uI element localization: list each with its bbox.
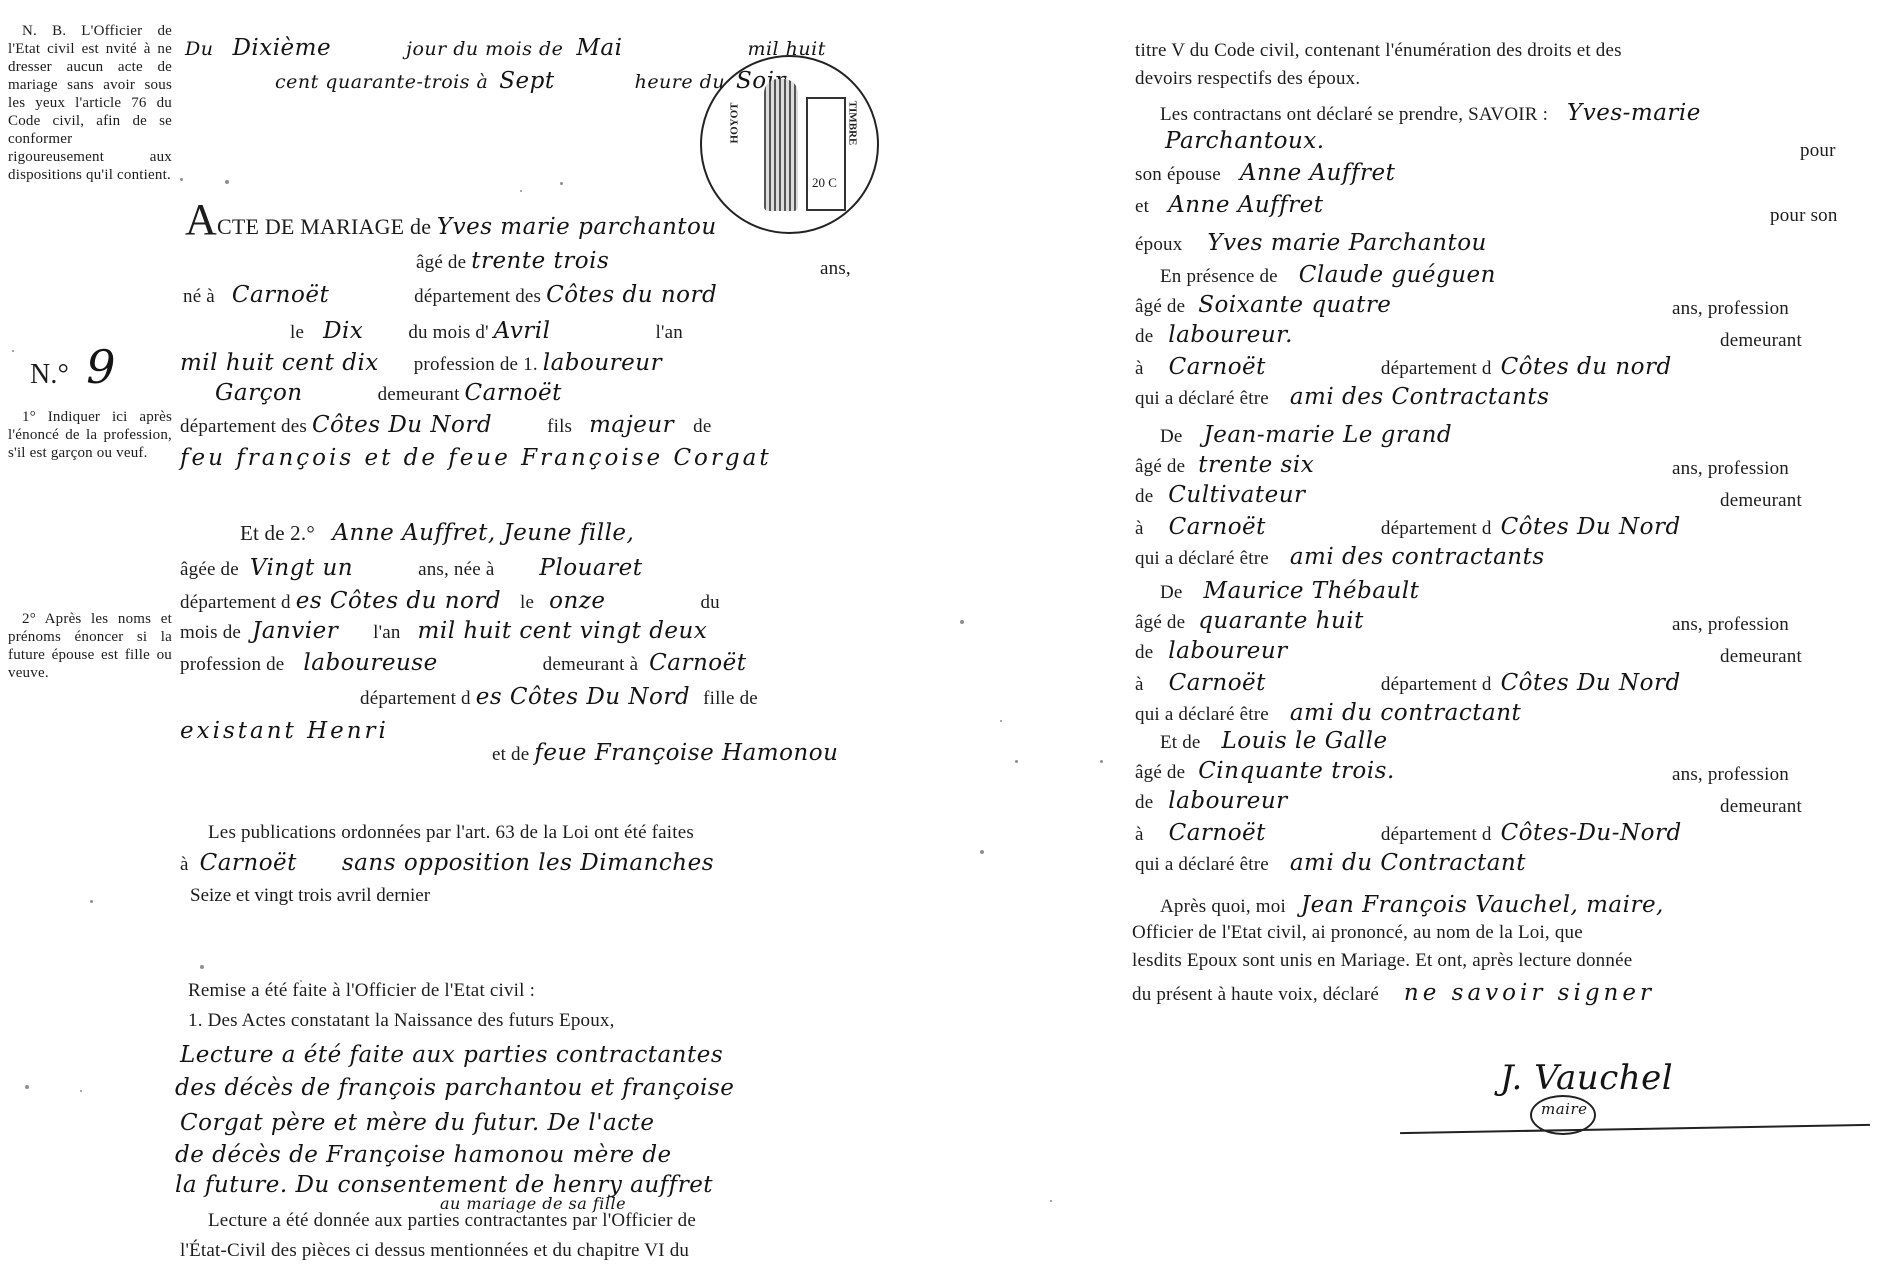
witness-dept-handwritten: Côtes Du Nord <box>1501 670 1681 696</box>
bride-name-line: Et de 2.° Anne Auffret, Jeune fille, <box>240 520 634 546</box>
groom-age-line: âgé de trente trois <box>416 248 609 274</box>
bride-dept-label: département d <box>180 592 291 613</box>
publications-detail-1: sans opposition les Dimanches <box>342 850 714 876</box>
a-label: à <box>1135 674 1144 695</box>
groom-residence-line: Garçon demeurant Carnoët <box>215 380 562 406</box>
remise-handwritten-2: des décès de françois parchantou et fran… <box>175 1075 734 1101</box>
margin-note-nb: N. B. L'Officier de l'Etat civil est nvi… <box>8 22 172 184</box>
bride-mother-handwritten: feue Françoise Hamonou <box>534 740 838 766</box>
demeurant-label: demeurant <box>1720 646 1802 668</box>
heure-label: heure du <box>635 71 725 93</box>
bride-dept2-handwritten: es Côtes Du Nord <box>476 684 690 710</box>
witness-profession-handwritten: laboureur <box>1168 788 1287 814</box>
et-de-label: et de <box>492 744 529 765</box>
le-label: le <box>290 322 304 343</box>
witness-relation-handwritten: ami du contractant <box>1290 700 1521 726</box>
witness-name-handwritten: Louis le Galle <box>1222 728 1388 754</box>
witness-age-handwritten: Cinquante trois. <box>1198 758 1395 784</box>
witness-profession-line: de Cultivateur <box>1135 482 1306 508</box>
publications-text: Les publications ordonnées par l'art. 63… <box>208 822 694 844</box>
a-label: à <box>1135 518 1144 539</box>
act-title: ACTE DE MARIAGE de Yves marie parchantou <box>185 200 717 240</box>
groom-profession-handwritten: laboureur <box>543 350 662 376</box>
speck <box>25 1085 29 1089</box>
speck <box>12 350 14 352</box>
apres-quoi-label: Après quoi, moi <box>1160 896 1286 917</box>
bride-birthday-handwritten: onze <box>549 588 605 614</box>
continuation-line-1: titre V du Code civil, contenant l'énumé… <box>1135 40 1622 62</box>
witness-residence-handwritten: Carnoët <box>1169 514 1266 540</box>
title-de: de <box>410 214 431 239</box>
year-label: cent quarante-trois à <box>275 71 488 93</box>
remise-handwritten-3: Corgat père et mère du futur. De l'acte <box>180 1110 655 1136</box>
margin-note-1: 1° Indiquer ici après l'énoncé de la pro… <box>8 408 172 462</box>
groom-birthplace-line: né à Carnoët département des Côtes du no… <box>183 282 717 308</box>
bride-du-label: du <box>700 592 719 613</box>
closing-line-3: du présent à haute voix, déclaré ne savo… <box>1132 980 1655 1006</box>
witness-residence-line: à Carnoët département d Côtes Du Nord <box>1135 670 1681 696</box>
witness-name-line: De Jean-marie Le grand <box>1160 422 1452 448</box>
witness-dept-handwritten: Côtes du nord <box>1501 354 1672 380</box>
du-mois-label: du mois d' <box>408 322 488 343</box>
bride-age-label: âgée de <box>180 559 239 580</box>
closing-line-2: lesdits Epoux sont unis en Mariage. Et o… <box>1132 950 1632 972</box>
de-label: de <box>1135 326 1153 347</box>
witness-profession-handwritten: laboureur. <box>1168 322 1293 348</box>
fille-de-label: fille de <box>703 688 758 709</box>
lecture-line-1: Lecture a été donnée aux parties contrac… <box>208 1210 696 1232</box>
bride-profession-label: profession de <box>180 654 284 675</box>
witness-residence-handwritten: Carnoët <box>1169 354 1266 380</box>
pour-label: pour <box>1800 140 1836 162</box>
demeurant-label: demeurant <box>1720 330 1802 352</box>
speck <box>300 980 302 982</box>
dept-label: département des <box>414 286 541 307</box>
et-line: et Anne Auffret <box>1135 192 1324 218</box>
bride-dept2-line: département d es Côtes Du Nord fille de <box>360 684 758 710</box>
et-label: et <box>1135 196 1149 217</box>
title-text: CTE DE MARIAGE <box>217 214 404 239</box>
bride-name-handwritten-1: Anne Auffret <box>1240 160 1395 186</box>
signature-underline <box>1400 1124 1870 1134</box>
age-label: âgé de <box>1135 296 1185 317</box>
bride-mother-line: et de feue Françoise Hamonou <box>492 740 838 766</box>
groom-birthdate-line: le Dix du mois d' Avril l'an <box>290 318 683 344</box>
speck <box>200 965 204 969</box>
declare-label: qui a déclaré être <box>1135 548 1269 569</box>
speck <box>1015 760 1018 763</box>
groom-firstname-handwritten: Yves-marie <box>1567 100 1701 126</box>
witness-relation-handwritten: ami des Contractants <box>1290 384 1550 410</box>
closing-line-1: Officier de l'Etat civil, ai prononcé, a… <box>1132 922 1583 944</box>
bride-dept2-label: département d <box>360 688 471 709</box>
witness-relation-handwritten: ami du Contractant <box>1290 850 1526 876</box>
witness-age-line: âgé de quarante huit <box>1135 608 1364 634</box>
groom-birthplace-handwritten: Carnoët <box>232 282 329 308</box>
remise-handwritten-1: Lecture a été faite aux parties contract… <box>180 1042 723 1068</box>
bride-birthmonth-line: mois de Janvier l'an mil huit cent vingt… <box>180 618 707 644</box>
witness-intro: En présence de <box>1160 266 1278 287</box>
witness-profession-line: de laboureur <box>1135 638 1288 664</box>
bride-name-handwritten: Anne Auffret, Jeune fille, <box>332 520 634 546</box>
remise-line-1: Remise a été faite à l'Officier de l'Eta… <box>188 980 535 1002</box>
stamp-value: 20 C <box>812 175 837 191</box>
du-label: Du <box>185 38 213 60</box>
fils-handwritten: majeur <box>589 412 674 438</box>
continuation-line-2: devoirs respectifs des époux. <box>1135 68 1360 90</box>
groom-dept2-handwritten: Côtes Du Nord <box>312 412 492 438</box>
witness-dept-handwritten: Côtes Du Nord <box>1501 514 1681 540</box>
profession-label: profession de 1. <box>414 354 538 375</box>
bride-mois-label: mois de <box>180 622 241 643</box>
bride-profession-line: profession de laboureuse demeurant à Car… <box>180 650 747 676</box>
witness-relation-handwritten: ami des contractants <box>1290 544 1545 570</box>
witness-name-line: De Maurice Thébault <box>1160 578 1419 604</box>
bride-age-handwritten: Vingt un <box>250 555 353 581</box>
margin-note-2: 2° Après les noms et prénoms énoncer si … <box>8 610 172 682</box>
header-line-1: Du Dixième jour du mois de Mai mil huit <box>185 35 826 61</box>
groom-dept2-line: département des Côtes Du Nord fils majeu… <box>180 412 711 438</box>
month-handwritten: Mai <box>576 35 622 61</box>
act-number-label: N.° <box>30 359 69 390</box>
stamp-right-text: TIMBRE <box>846 101 858 146</box>
bride-residence-handwritten: Carnoët <box>649 650 746 676</box>
bride-age-line: âgée de Vingt un ans, née à Plouaret <box>180 555 642 581</box>
de-label: de <box>1135 486 1153 507</box>
witness-residence-handwritten: Carnoët <box>1169 670 1266 696</box>
witness-residence-line: à Carnoët département d Côtes Du Nord <box>1135 514 1681 540</box>
ans-profession-label: ans, profession <box>1672 458 1789 480</box>
speck <box>225 180 229 184</box>
stamp-figure-icon <box>764 79 798 211</box>
publications-detail-2: Seize et vingt trois avril dernier <box>190 885 430 907</box>
groom-status-handwritten: Garçon <box>215 380 303 406</box>
witness-residence-line: à Carnoët département d Côtes du nord <box>1135 354 1672 380</box>
residence-label: demeurant <box>378 384 460 405</box>
witness-age-handwritten: quarante huit <box>1198 608 1364 634</box>
publications-place-line: à Carnoët sans opposition les Dimanches <box>180 850 714 876</box>
bride-birthyear-handwritten: mil huit cent vingt deux <box>418 618 708 644</box>
ans-label: ans, <box>820 258 851 280</box>
act-number: N.° 9 <box>30 340 116 394</box>
groom-birthyear-handwritten: mil huit cent dix <box>180 350 379 376</box>
speck <box>520 190 522 192</box>
son-epouse-label: son épouse <box>1135 164 1221 185</box>
speck <box>960 620 964 624</box>
witness-profession-handwritten: Cultivateur <box>1168 482 1305 508</box>
witness-name-line: En présence de Claude guéguen <box>1160 262 1496 288</box>
bride-birthplace-handwritten: Plouaret <box>539 555 642 581</box>
mayor-name-handwritten: Jean François Vauchel, maire, <box>1301 892 1664 918</box>
apres-quoi-line: Après quoi, moi Jean François Vauchel, m… <box>1160 892 1664 918</box>
remise-handwritten-4: de décès de Françoise hamonou mère de <box>175 1142 672 1168</box>
tax-stamp: HOYOT TIMBRE 20 C <box>700 55 879 234</box>
de-label: de <box>1135 792 1153 813</box>
bride-dept-handwritten: es Côtes du nord <box>296 588 501 614</box>
witness-name-line: Et de Louis le Galle <box>1160 728 1388 754</box>
age-label: âgé de <box>1135 762 1185 783</box>
witness-age-line: âgé de Soixante quatre <box>1135 292 1391 318</box>
ans-profession-label: ans, profession <box>1672 298 1789 320</box>
witness-profession-handwritten: laboureur <box>1168 638 1287 664</box>
witness-age-handwritten: trente six <box>1198 452 1314 478</box>
groom-name-handwritten: Yves marie parchantou <box>437 214 717 240</box>
speck <box>1100 760 1103 763</box>
witness-relation-line: qui a déclaré être ami du Contractant <box>1135 850 1526 876</box>
groom-dept-handwritten: Côtes du nord <box>546 282 717 308</box>
bride-father-handwritten: existant Henri <box>180 718 389 744</box>
groom-parents-line: feu françois et de feue Françoise Corgat <box>180 445 772 471</box>
speck <box>1050 1200 1052 1202</box>
mayor-signature: J. Vauchel <box>1500 1058 1673 1098</box>
de-label: de <box>693 416 711 437</box>
witness-name-handwritten: Claude guéguen <box>1299 262 1496 288</box>
lecture-line-2: l'État-Civil des pièces ci dessus mentio… <box>180 1240 689 1262</box>
age-label: âgé de <box>416 252 466 273</box>
declaration-handwritten: ne savoir signer <box>1404 980 1655 1006</box>
speck <box>560 182 563 185</box>
bride-profession-handwritten: laboureuse <box>303 650 437 676</box>
stamp-left-text: HOYOT <box>728 103 740 144</box>
ans-profession-label: ans, profession <box>1672 764 1789 786</box>
witness-age-line: âgé de Cinquante trois. <box>1135 758 1395 784</box>
witness-relation-line: qui a déclaré être ami des contractants <box>1135 544 1545 570</box>
groom-profession-line: mil huit cent dix profession de 1. labou… <box>180 350 662 376</box>
contractants-label: Les contractans ont déclaré se prendre, … <box>1160 104 1548 125</box>
day-handwritten: Dixième <box>232 35 331 61</box>
de-label: de <box>1135 642 1153 663</box>
ans-nee-label: ans, née à <box>418 559 494 580</box>
hour-handwritten: Sept <box>499 68 554 94</box>
publications-place-handwritten: Carnoët <box>200 850 297 876</box>
declare-label: qui a déclaré être <box>1135 388 1269 409</box>
declare-label: du présent à haute voix, déclaré <box>1132 984 1379 1005</box>
contractants-line: Les contractans ont déclaré se prendre, … <box>1160 100 1701 126</box>
groom-surname-handwritten: Parchantoux. <box>1165 128 1325 154</box>
witness-residence-line: à Carnoët département d Côtes-Du-Nord <box>1135 820 1682 846</box>
lan-label: l'an <box>655 322 682 343</box>
bride-name-handwritten-2: Anne Auffret <box>1168 192 1323 218</box>
departement-label: département d <box>1381 358 1492 379</box>
bride-lan-label: l'an <box>373 622 400 643</box>
demeurant-label: demeurant <box>1720 796 1802 818</box>
declare-label: qui a déclaré être <box>1135 854 1269 875</box>
witness-intro: De <box>1160 582 1183 603</box>
witness-age-handwritten: Soixante quatre <box>1198 292 1391 318</box>
epoux-label: époux <box>1135 234 1182 255</box>
witness-dept-handwritten: Côtes-Du-Nord <box>1501 820 1682 846</box>
groom-birthday-handwritten: Dix <box>323 318 363 344</box>
act-number-value: 9 <box>86 340 116 394</box>
departement-label: département d <box>1381 674 1492 695</box>
born-label: né à <box>183 286 215 307</box>
bride-residence-label: demeurant à <box>543 654 639 675</box>
remise-line-2: 1. Des Actes constatant la Naissance des… <box>188 1010 615 1032</box>
witness-residence-handwritten: Carnoët <box>1169 820 1266 846</box>
bride-birthmonth-handwritten: Janvier <box>252 618 338 644</box>
ans-profession-label: ans, profession <box>1672 614 1789 636</box>
witness-name-handwritten: Maurice Thébault <box>1204 578 1420 604</box>
fils-label: fils <box>547 416 572 437</box>
son-epouse-line: son épouse Anne Auffret <box>1135 160 1395 186</box>
bride-father-line: existant Henri <box>180 718 389 744</box>
witness-name-handwritten: Jean-marie Le grand <box>1204 422 1453 448</box>
groom-birthmonth-handwritten: Avril <box>494 318 551 344</box>
witness-relation-line: qui a déclaré être ami du contractant <box>1135 700 1521 726</box>
bride-dept-line: département d es Côtes du nord le onze d… <box>180 588 720 614</box>
pour-son-label: pour son <box>1770 205 1838 227</box>
groom-name-handwritten-3: Yves marie Parchantou <box>1207 230 1486 256</box>
a-label: à <box>1135 824 1144 845</box>
declare-label: qui a déclaré être <box>1135 704 1269 725</box>
jour-label: jour du mois de <box>406 38 563 60</box>
a-label: à <box>1135 358 1144 379</box>
groom-parents-handwritten: feu françois et de feue Françoise Corgat <box>180 445 772 471</box>
groom-residence-handwritten: Carnoët <box>465 380 562 406</box>
groom-age-handwritten: trente trois <box>471 248 609 274</box>
speck <box>980 850 984 854</box>
speck <box>1000 720 1002 722</box>
bride-intro: Et de 2.° <box>240 521 315 545</box>
signature-title: maire <box>1541 1100 1588 1118</box>
age-label: âgé de <box>1135 456 1185 477</box>
speck <box>180 178 183 181</box>
witness-intro: Et de <box>1160 732 1201 753</box>
age-label: âgé de <box>1135 612 1185 633</box>
departement-label: département d <box>1381 518 1492 539</box>
header-line-2: cent quarante-trois à Sept heure du Soir <box>275 68 786 94</box>
departement-label: département d <box>1381 824 1492 845</box>
witness-profession-line: de laboureur <box>1135 788 1288 814</box>
stamp-column-icon <box>806 97 846 211</box>
witness-relation-line: qui a déclaré être ami des Contractants <box>1135 384 1549 410</box>
a-label: à <box>180 854 189 875</box>
witness-profession-line: de laboureur. <box>1135 322 1293 348</box>
witness-intro: De <box>1160 426 1183 447</box>
witness-age-line: âgé de trente six <box>1135 452 1314 478</box>
bride-le-label: le <box>520 592 534 613</box>
dept2-label: département des <box>180 416 307 437</box>
title-initial: A <box>185 195 217 244</box>
epoux-line: époux Yves marie Parchantou <box>1135 230 1487 256</box>
speck <box>90 900 93 903</box>
demeurant-label: demeurant <box>1720 490 1802 512</box>
speck <box>80 1090 82 1092</box>
